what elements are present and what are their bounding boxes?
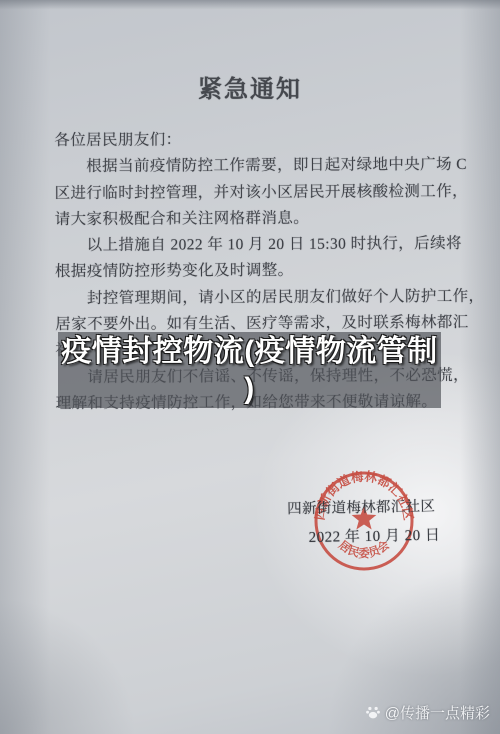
doc-line: 以上措施自 2022 年 10 月 20 日 15:30 时执行，后续将 — [55, 231, 484, 260]
caption-banner: 疫情封控物流(疫情物流管制 ) — [58, 332, 441, 408]
doc-line: 根据当前疫情防控工作需要，即日起对绿地中央广场 C — [54, 152, 483, 181]
signature-block: 四新街道梅林都汇社区 2022 年 10 月 20 日 — [0, 494, 500, 503]
notice-title: 紧急通知 — [0, 69, 500, 104]
paw-icon — [365, 705, 381, 720]
signature-date: 2022 年 10 月 20 日 — [308, 524, 440, 547]
watermark-text: @传播一点精彩 — [385, 702, 490, 723]
caption-line-2: ) — [244, 370, 255, 407]
doc-line: 根据疫情防控形势变化及时调整。 — [55, 257, 484, 286]
watermark: @传播一点精彩 — [365, 702, 490, 723]
caption-line-1: 疫情封控物流(疫情物流管制 — [61, 333, 438, 370]
official-seal: 四新街道梅林都汇社区 居民委员会 — [299, 456, 429, 586]
signature-org: 四新街道梅林都汇社区 — [287, 495, 435, 519]
doc-line: 封控管理期间，请小区的居民朋友们做好个人防护工作， — [55, 284, 484, 313]
doc-line: 区进行临时封控管理，并对该小区居民开展核酸检测工作， — [55, 178, 484, 207]
doc-line: 请大家积极配合和关注网格群消息。 — [55, 205, 484, 234]
doc-line: 各位居民朋友们： — [54, 126, 483, 155]
notice-photo: 紧急通知 各位居民朋友们： 根据当前疫情防控工作需要，即日起对绿地中央广场 C区… — [0, 0, 500, 734]
